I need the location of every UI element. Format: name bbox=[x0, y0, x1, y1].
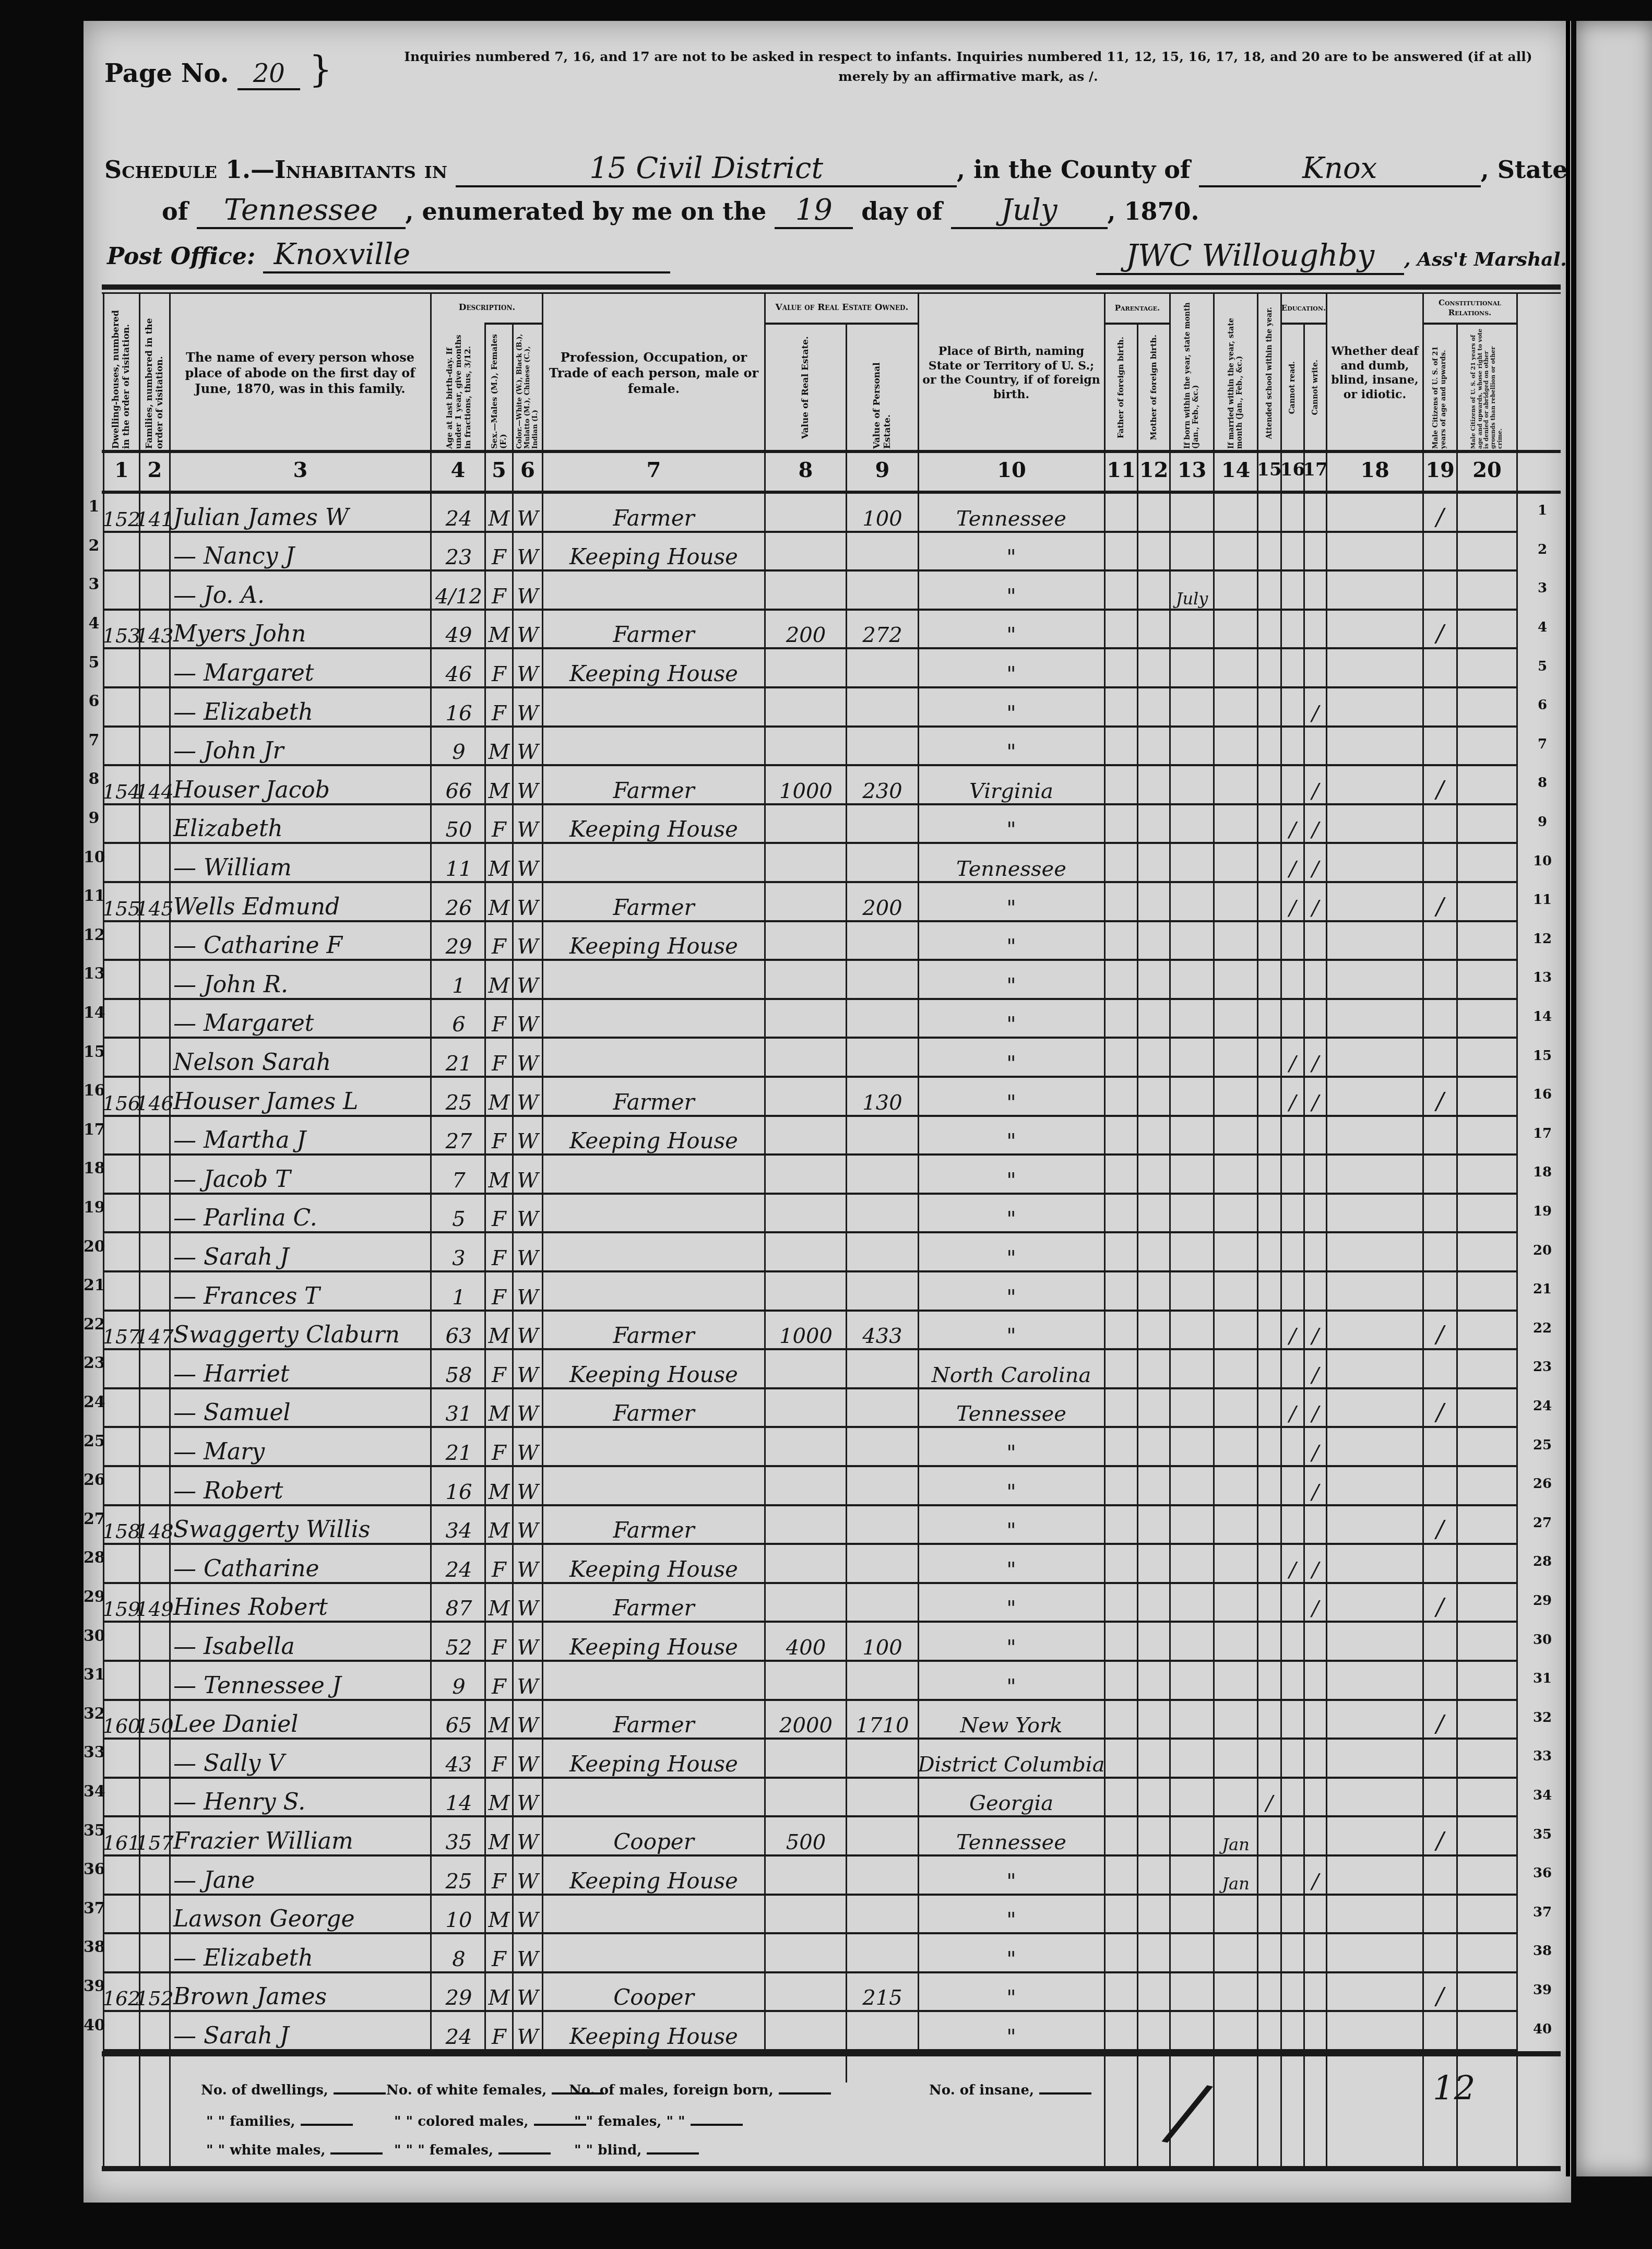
line-number-right: 23 bbox=[1532, 1359, 1553, 1375]
line-number: 2 bbox=[84, 537, 104, 555]
cell-cannot-write: / bbox=[1305, 883, 1326, 922]
table-bottom-rule bbox=[102, 2166, 1561, 2171]
cell-sex: F bbox=[486, 1857, 512, 1896]
cell-personal-estate bbox=[847, 1350, 918, 1389]
line-number: 28 bbox=[84, 1549, 104, 1567]
line-number: 8 bbox=[84, 770, 104, 788]
col-number: 14 bbox=[1215, 454, 1257, 485]
cell-personal-estate bbox=[847, 1156, 918, 1195]
cell-birthplace: " bbox=[921, 1272, 1101, 1312]
cell-c19: / bbox=[1424, 1078, 1456, 1117]
cell-age: 63 bbox=[433, 1312, 484, 1351]
cell-name: — John Jr bbox=[173, 728, 429, 767]
cell-occupation: Farmer bbox=[545, 611, 762, 650]
cell-birthplace: " bbox=[921, 1156, 1101, 1195]
cell-school bbox=[1258, 1740, 1280, 1779]
white-males-label: " " white males, bbox=[206, 2143, 325, 2158]
cell-school bbox=[1258, 1545, 1280, 1584]
cell-name: — Elizabeth bbox=[173, 688, 429, 728]
cell-dwelling bbox=[104, 1117, 139, 1156]
cell-dwelling: 153 bbox=[104, 611, 139, 650]
cell-real-estate: 1000 bbox=[766, 766, 846, 805]
cell-age: 26 bbox=[433, 883, 484, 922]
footer-foreign-males: No. of males, foreign born, bbox=[569, 2083, 831, 2098]
cell-c19 bbox=[1424, 1350, 1456, 1389]
cell-c19 bbox=[1424, 1896, 1456, 1935]
cell-family bbox=[140, 1389, 169, 1429]
cell-birthplace: New York bbox=[921, 1701, 1101, 1740]
line-number: 17 bbox=[84, 1121, 104, 1139]
line-number-right: 28 bbox=[1532, 1554, 1553, 1569]
cell-born-month bbox=[1171, 1934, 1213, 1973]
col-header-17: Cannot write. bbox=[1305, 326, 1326, 449]
cell-personal-estate: 100 bbox=[847, 1623, 918, 1662]
cell-married-month bbox=[1215, 1701, 1257, 1740]
cell-name: Swaggerty Claburn bbox=[173, 1312, 429, 1351]
line-number: 40 bbox=[84, 2016, 104, 2034]
cell-c20 bbox=[1458, 1623, 1516, 1662]
cell-occupation bbox=[545, 688, 762, 728]
line-number: 6 bbox=[84, 692, 104, 710]
cell-school bbox=[1258, 649, 1280, 688]
cell-real-estate bbox=[766, 1156, 846, 1195]
cell-age: 25 bbox=[433, 1078, 484, 1117]
cell-family bbox=[140, 1039, 169, 1078]
cell-personal-estate bbox=[847, 1857, 918, 1896]
line-number-right: 2 bbox=[1532, 542, 1553, 557]
cell-cannot-read bbox=[1282, 961, 1303, 1000]
line-number: 29 bbox=[84, 1588, 104, 1606]
cell-color: W bbox=[514, 533, 542, 572]
insane-blank bbox=[1039, 2092, 1091, 2095]
cell-family: 157 bbox=[140, 1817, 169, 1857]
cell-color: W bbox=[514, 1623, 542, 1662]
of-label: of bbox=[162, 197, 188, 225]
cell-cannot-read bbox=[1282, 1701, 1303, 1740]
rows-bottom-rule bbox=[102, 2051, 1561, 2056]
cell-born-month bbox=[1171, 1000, 1213, 1039]
col-header-20-text: Male Citizens of U. S. of 21 years of ag… bbox=[1470, 326, 1503, 449]
cell-personal-estate bbox=[847, 1934, 918, 1973]
cell-color: W bbox=[514, 1428, 542, 1467]
line-number-right: 9 bbox=[1532, 814, 1553, 830]
cell-name: Nelson Sarah bbox=[173, 1039, 429, 1078]
cell-c19 bbox=[1424, 1233, 1456, 1272]
cell-name: — Sarah J bbox=[173, 1233, 429, 1272]
cell-cannot-write bbox=[1305, 1000, 1326, 1039]
cell-age: 24 bbox=[433, 1545, 484, 1584]
col-header-14-text: If married within the year, state month … bbox=[1227, 298, 1244, 449]
table-row: 3636— Jane25FWKeeping House"Jan/ bbox=[0, 1857, 1652, 1896]
cell-c20 bbox=[1458, 494, 1516, 533]
cell-school bbox=[1258, 1584, 1280, 1623]
footer-families: " " families, bbox=[206, 2114, 353, 2129]
cell-school bbox=[1258, 1896, 1280, 1935]
col-header-5-text: Sex.—Males (M.), Females (F.) bbox=[490, 326, 508, 449]
cell-school bbox=[1258, 1662, 1280, 1701]
cell-born-month bbox=[1171, 1779, 1213, 1818]
cell-personal-estate bbox=[847, 922, 918, 961]
line-number-right: 29 bbox=[1532, 1593, 1553, 1609]
cell-occupation: Keeping House bbox=[545, 1857, 762, 1896]
cell-name: — John R. bbox=[173, 961, 429, 1000]
table-row: 99Elizabeth50FWKeeping House"// bbox=[0, 805, 1652, 844]
cell-school bbox=[1258, 1078, 1280, 1117]
cell-cannot-write: / bbox=[1305, 1389, 1326, 1429]
line-number: 27 bbox=[84, 1510, 104, 1528]
cell-school bbox=[1258, 766, 1280, 805]
cell-c20 bbox=[1458, 1312, 1516, 1351]
cell-born-month bbox=[1171, 1506, 1213, 1545]
cell-personal-estate bbox=[847, 1545, 918, 1584]
cell-occupation: Keeping House bbox=[545, 1117, 762, 1156]
group-rule bbox=[1280, 323, 1326, 325]
cell-birthplace: " bbox=[921, 1662, 1101, 1701]
state-label: , State bbox=[1481, 156, 1568, 184]
cell-real-estate bbox=[766, 649, 846, 688]
white-males-blank bbox=[330, 2152, 383, 2155]
col-header-20: Male Citizens of U. S. of 21 years of ag… bbox=[1458, 326, 1516, 449]
col-header-16-text: Cannot read. bbox=[1288, 361, 1297, 414]
cell-color: W bbox=[514, 1078, 542, 1117]
cell-c19 bbox=[1424, 2012, 1456, 2051]
line-number-right: 22 bbox=[1532, 1320, 1553, 1336]
page-no-label: Page No. bbox=[104, 59, 229, 88]
line-number-right: 8 bbox=[1532, 775, 1553, 791]
line-number: 5 bbox=[84, 653, 104, 672]
colored-males-label: " " colored males, bbox=[394, 2114, 529, 2129]
cell-occupation bbox=[545, 1233, 762, 1272]
group-header-parentage: Parentage. bbox=[1106, 295, 1169, 321]
cell-dwelling: 155 bbox=[104, 883, 139, 922]
line-number-right: 38 bbox=[1532, 1943, 1553, 1959]
col-number: 7 bbox=[543, 454, 764, 485]
cell-cannot-read bbox=[1282, 1350, 1303, 1389]
cell-age: 29 bbox=[433, 922, 484, 961]
cell-cannot-read: / bbox=[1282, 1312, 1303, 1351]
line-number-right: 10 bbox=[1532, 853, 1553, 869]
cell-age: 1 bbox=[433, 961, 484, 1000]
table-row: 1515Nelson Sarah21FW"// bbox=[0, 1039, 1652, 1078]
cell-cannot-write: / bbox=[1305, 766, 1326, 805]
cell-cannot-write bbox=[1305, 1934, 1326, 1973]
cell-sex: M bbox=[486, 728, 512, 767]
cell-sex: M bbox=[486, 1506, 512, 1545]
cell-age: 3 bbox=[433, 1233, 484, 1272]
footer-colored-females: " " " females, bbox=[394, 2143, 551, 2158]
cell-married-month bbox=[1215, 1428, 1257, 1467]
cell-sex: F bbox=[486, 572, 512, 611]
cell-occupation bbox=[545, 1000, 762, 1039]
table-row: 11152141Julian James W24MWFarmer100Tenne… bbox=[0, 494, 1652, 533]
cell-color: W bbox=[514, 728, 542, 767]
cell-name: — Jo. A. bbox=[173, 572, 429, 611]
cell-name: — Elizabeth bbox=[173, 1934, 429, 1973]
cell-married-month bbox=[1215, 728, 1257, 767]
cell-c19: / bbox=[1424, 1506, 1456, 1545]
cell-married-month bbox=[1215, 1584, 1257, 1623]
cell-real-estate bbox=[766, 844, 846, 883]
cell-color: W bbox=[514, 1896, 542, 1935]
cell-c19 bbox=[1424, 961, 1456, 1000]
cell-family: 144 bbox=[140, 766, 169, 805]
cell-c20 bbox=[1458, 2012, 1516, 2051]
cell-family: 150 bbox=[140, 1701, 169, 1740]
cell-real-estate bbox=[766, 1000, 846, 1039]
table-row: 3535161157Frazier William35MWCooper500Te… bbox=[0, 1817, 1652, 1857]
state-line: of Tennessee, enumerated by me on the 19… bbox=[162, 193, 1199, 229]
cell-birthplace: " bbox=[921, 1078, 1101, 1117]
cell-c20 bbox=[1458, 1428, 1516, 1467]
line-number: 30 bbox=[84, 1627, 104, 1645]
cell-age: 46 bbox=[433, 649, 484, 688]
cell-birthplace: Tennessee bbox=[921, 844, 1101, 883]
enumerated-label: , enumerated by me on the bbox=[406, 197, 767, 225]
dwellings-blank bbox=[334, 2092, 386, 2095]
cell-real-estate bbox=[766, 1428, 846, 1467]
cell-name: Julian James W bbox=[173, 494, 429, 533]
col-header-2-text: Families, numbered in the order of visit… bbox=[145, 298, 165, 449]
cell-sex: F bbox=[486, 1233, 512, 1272]
cell-cannot-read: / bbox=[1282, 844, 1303, 883]
cell-c19: / bbox=[1424, 766, 1456, 805]
line-number-right: 33 bbox=[1532, 1748, 1553, 1764]
line-number-right: 31 bbox=[1532, 1671, 1553, 1686]
cell-sex: M bbox=[486, 611, 512, 650]
cell-school bbox=[1258, 1934, 1280, 1973]
cell-born-month bbox=[1171, 883, 1213, 922]
cell-family bbox=[140, 1156, 169, 1195]
col-header-9-text: Value of Personal Estate. bbox=[872, 326, 893, 449]
cell-birthplace: " bbox=[921, 1545, 1101, 1584]
table-row: 77— John Jr9MW" bbox=[0, 728, 1652, 767]
cell-color: W bbox=[514, 1039, 542, 1078]
cell-school bbox=[1258, 1039, 1280, 1078]
cell-personal-estate bbox=[847, 533, 918, 572]
cell-c19 bbox=[1424, 1039, 1456, 1078]
cell-dwelling: 157 bbox=[104, 1312, 139, 1351]
cell-c19: / bbox=[1424, 1817, 1456, 1857]
cell-birthplace: " bbox=[921, 1117, 1101, 1156]
cell-married-month bbox=[1215, 1779, 1257, 1818]
cell-family bbox=[140, 533, 169, 572]
cell-age: 9 bbox=[433, 728, 484, 767]
cell-sex: F bbox=[486, 688, 512, 728]
col-number: 4 bbox=[432, 454, 484, 485]
cell-sex: F bbox=[486, 533, 512, 572]
cell-born-month bbox=[1171, 1156, 1213, 1195]
table-row: 1717— Martha J27FWKeeping House" bbox=[0, 1117, 1652, 1156]
cell-born-month bbox=[1171, 1896, 1213, 1935]
cell-born-month bbox=[1171, 1312, 1213, 1351]
cell-school bbox=[1258, 1467, 1280, 1506]
table-row: 88154144Houser Jacob66MWFarmer1000230Vir… bbox=[0, 766, 1652, 805]
table-row: 3838— Elizabeth8FW" bbox=[0, 1934, 1652, 1973]
cell-birthplace: District Columbia bbox=[921, 1740, 1101, 1779]
cell-age: 58 bbox=[433, 1350, 484, 1389]
cell-birthplace: " bbox=[921, 1857, 1101, 1896]
cell-color: W bbox=[514, 961, 542, 1000]
cell-cannot-read bbox=[1282, 1740, 1303, 1779]
cell-personal-estate bbox=[847, 728, 918, 767]
cell-personal-estate bbox=[847, 961, 918, 1000]
cell-color: W bbox=[514, 2012, 542, 2051]
cell-color: W bbox=[514, 1584, 542, 1623]
cell-school bbox=[1258, 805, 1280, 844]
cell-color: W bbox=[514, 1312, 542, 1351]
cell-birthplace: " bbox=[921, 688, 1101, 728]
cell-born-month bbox=[1171, 533, 1213, 572]
col-header-5: Sex.—Males (M.), Females (F.) bbox=[486, 326, 512, 449]
cell-cannot-write bbox=[1305, 1973, 1326, 2013]
line-number-right: 26 bbox=[1532, 1476, 1553, 1492]
cell-married-month bbox=[1215, 1467, 1257, 1506]
table-row: 1313— John R.1MW" bbox=[0, 961, 1652, 1000]
line-number-right: 15 bbox=[1532, 1048, 1553, 1064]
cell-married-month bbox=[1215, 844, 1257, 883]
cell-married-month bbox=[1215, 533, 1257, 572]
cell-color: W bbox=[514, 649, 542, 688]
table-row: 2121— Frances T1FW" bbox=[0, 1272, 1652, 1312]
cell-sex: M bbox=[486, 1312, 512, 1351]
cell-age: 16 bbox=[433, 1467, 484, 1506]
cell-born-month bbox=[1171, 922, 1213, 961]
cell-name: — Harriet bbox=[173, 1350, 429, 1389]
col-header-13: If born within the year, state month (Ja… bbox=[1171, 298, 1213, 449]
cell-c20 bbox=[1458, 1506, 1516, 1545]
cell-real-estate: 2000 bbox=[766, 1701, 846, 1740]
col-header-3: The name of every person whose place of … bbox=[177, 298, 423, 449]
cell-age: 10 bbox=[433, 1896, 484, 1935]
cell-school bbox=[1258, 1817, 1280, 1857]
line-number-right: 5 bbox=[1532, 659, 1553, 674]
line-number: 16 bbox=[84, 1081, 104, 1100]
cell-birthplace: Tennessee bbox=[921, 494, 1101, 533]
cell-c19 bbox=[1424, 1623, 1456, 1662]
cell-c20 bbox=[1458, 1195, 1516, 1234]
cell-personal-estate bbox=[847, 1662, 918, 1701]
col-header-14: If married within the year, state month … bbox=[1215, 298, 1257, 449]
cell-c19 bbox=[1424, 649, 1456, 688]
cell-married-month: Jan bbox=[1215, 1857, 1257, 1896]
cell-real-estate bbox=[766, 1350, 846, 1389]
cell-born-month bbox=[1171, 649, 1213, 688]
cell-birthplace: " bbox=[921, 883, 1101, 922]
cell-cannot-read bbox=[1282, 533, 1303, 572]
cell-name: Brown James bbox=[173, 1973, 429, 2013]
cell-occupation bbox=[545, 844, 762, 883]
cell-personal-estate bbox=[847, 1272, 918, 1312]
cell-married-month bbox=[1215, 766, 1257, 805]
footer-blind: " " blind, bbox=[574, 2143, 699, 2158]
cell-married-month bbox=[1215, 922, 1257, 961]
cell-birthplace: " bbox=[921, 1312, 1101, 1351]
line-number: 9 bbox=[84, 809, 104, 827]
cell-school bbox=[1258, 1156, 1280, 1195]
cell-family bbox=[140, 1896, 169, 1935]
cell-occupation bbox=[545, 1272, 762, 1312]
cell-occupation bbox=[545, 1195, 762, 1234]
cell-birthplace: " bbox=[921, 1428, 1101, 1467]
cell-c20 bbox=[1458, 1545, 1516, 1584]
cell-sex: F bbox=[486, 1934, 512, 1973]
line-number-right: 19 bbox=[1532, 1204, 1553, 1219]
line-number: 13 bbox=[84, 965, 104, 983]
cell-personal-estate bbox=[847, 1000, 918, 1039]
col-header-4-text: Age at last birth-day. If under 1 year, … bbox=[445, 326, 472, 449]
cell-cannot-write bbox=[1305, 1779, 1326, 1818]
cell-family bbox=[140, 572, 169, 611]
col-number: 8 bbox=[766, 454, 846, 485]
cell-dwelling bbox=[104, 922, 139, 961]
cell-cannot-write bbox=[1305, 1662, 1326, 1701]
cell-sex: M bbox=[486, 1467, 512, 1506]
line-number: 36 bbox=[84, 1860, 104, 1878]
cell-cannot-read bbox=[1282, 1272, 1303, 1312]
cell-real-estate bbox=[766, 1272, 846, 1312]
cell-personal-estate: 272 bbox=[847, 611, 918, 650]
cell-age: 14 bbox=[433, 1779, 484, 1818]
cell-personal-estate bbox=[847, 1039, 918, 1078]
cell-name: — Catharine bbox=[173, 1545, 429, 1584]
cell-born-month bbox=[1171, 1272, 1213, 1312]
cell-occupation: Keeping House bbox=[545, 922, 762, 961]
cell-birthplace: " bbox=[921, 1934, 1101, 1973]
cell-born-month bbox=[1171, 1545, 1213, 1584]
col-header-6: Color.—White (W.), Black (B.), Mulatto (… bbox=[514, 326, 542, 449]
cell-dwelling bbox=[104, 805, 139, 844]
cell-c19 bbox=[1424, 1195, 1456, 1234]
cell-cannot-write bbox=[1305, 961, 1326, 1000]
cell-dwelling: 161 bbox=[104, 1817, 139, 1857]
cell-occupation bbox=[545, 572, 762, 611]
cell-married-month bbox=[1215, 611, 1257, 650]
footer-insane: No. of insane, bbox=[929, 2083, 1091, 2098]
table-row: 3232160150Lee Daniel65MWFarmer20001710Ne… bbox=[0, 1701, 1652, 1740]
cell-cannot-read: / bbox=[1282, 1389, 1303, 1429]
col-number: 18 bbox=[1327, 454, 1422, 485]
line-number-right: 20 bbox=[1532, 1243, 1553, 1258]
cell-c20 bbox=[1458, 1973, 1516, 2013]
cell-born-month bbox=[1171, 494, 1213, 533]
cell-name: — Isabella bbox=[173, 1623, 429, 1662]
cell-cannot-read bbox=[1282, 922, 1303, 961]
cell-born-month bbox=[1171, 2012, 1213, 2051]
cell-family: 146 bbox=[140, 1078, 169, 1117]
cell-real-estate bbox=[766, 1973, 846, 2013]
table-row: 3939162152Brown James29MWCooper215"/ bbox=[0, 1973, 1652, 2013]
col-header-13-text: If born within the year, state month (Ja… bbox=[1183, 298, 1200, 449]
cell-sex: M bbox=[486, 1584, 512, 1623]
cell-personal-estate bbox=[847, 1195, 918, 1234]
cell-name: Wells Edmund bbox=[173, 883, 429, 922]
cell-occupation: Cooper bbox=[545, 1817, 762, 1857]
cell-name: — Jane bbox=[173, 1857, 429, 1896]
cell-school bbox=[1258, 572, 1280, 611]
cell-born-month bbox=[1171, 1039, 1213, 1078]
cell-married-month bbox=[1215, 688, 1257, 728]
col-header-16: Cannot read. bbox=[1282, 326, 1303, 449]
cell-dwelling bbox=[104, 1545, 139, 1584]
cell-school bbox=[1258, 728, 1280, 767]
table-row: 2929159149Hines Robert87MWFarmer"// bbox=[0, 1584, 1652, 1623]
col-header-6-text: Color.—White (W.), Black (B.), Mulatto (… bbox=[516, 326, 540, 449]
page-number-label: Page No. 20 } bbox=[104, 48, 332, 91]
cell-sex: M bbox=[486, 844, 512, 883]
cell-real-estate bbox=[766, 2012, 846, 2051]
cell-personal-estate: 100 bbox=[847, 494, 918, 533]
cell-color: W bbox=[514, 1000, 542, 1039]
